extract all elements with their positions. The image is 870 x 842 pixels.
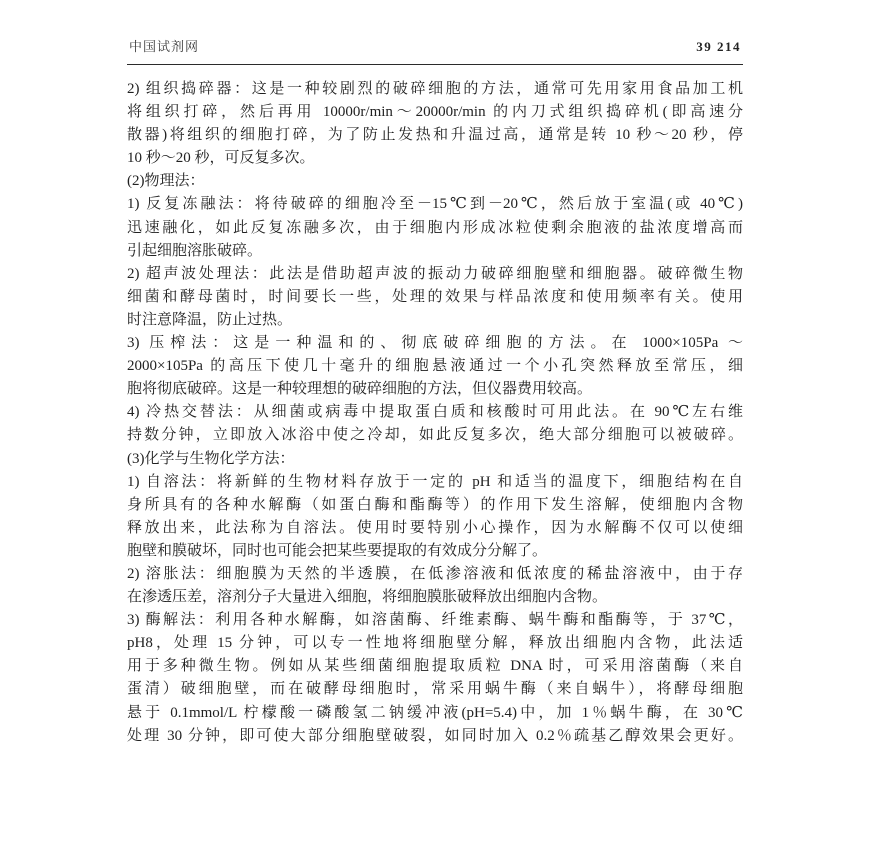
text-line: 3) 压榨法：这是一种温和的、彻底破碎细胞的方法。在 1000×105Pa ～ (127, 332, 743, 355)
text-line: 引起细胞溶胀破碎。 (127, 240, 743, 263)
text-line: 2) 溶胀法：细胞膜为天然的半透膜，在低渗溶液和低浓度的稀盐溶液中，由于存 (127, 563, 743, 586)
text-line: 10 秒～20 秒，可反复多次。 (127, 147, 743, 170)
text-line: 2) 组织捣碎器：这是一种较剧烈的破碎细胞的方法，通常可先用家用食品加工机 (127, 78, 743, 101)
text-line: 时注意降温，防止过热。 (127, 309, 743, 332)
text-line: 身所具有的各种水解酶（如蛋白酶和酯酶等）的作用下发生溶解，使细胞内含物 (127, 494, 743, 517)
text-line: (3)化学与生物化学方法： (127, 448, 743, 471)
text-line: 蛋清）破细胞壁，而在破酵母细胞时，常采用蜗牛酶（来自蜗牛），将酵母细胞 (127, 678, 743, 701)
text-line: 散器)将组织的细胞打碎，为了防止发热和升温过高，通常是转 10 秒～20 秒，停 (127, 124, 743, 147)
text-line: 3) 酶解法：利用各种水解酶，如溶菌酶、纤维素酶、蜗牛酶和酯酶等，于 37℃， (127, 609, 743, 632)
text-line: 释放出来，此法称为自溶法。使用时要特别小心操作，因为水解酶不仅可以使细 (127, 517, 743, 540)
page-inner: 中国试剂网 39 214 2) 组织捣碎器：这是一种较剧烈的破碎细胞的方法，通常… (127, 36, 743, 748)
text-line: 用于多种微生物。例如从某些细菌细胞提取质粒 DNA 时，可采用溶菌酶（来自 (127, 655, 743, 678)
text-line: 4) 冷热交替法：从细菌或病毒中提取蛋白质和核酸时可用此法。在 90℃左右维 (127, 401, 743, 424)
document-page: 中国试剂网 39 214 2) 组织捣碎器：这是一种较剧烈的破碎细胞的方法，通常… (0, 0, 870, 842)
site-name: 中国试剂网 (129, 36, 199, 55)
text-line: 细菌和酵母菌时，时间要长一些，处理的效果与样品浓度和使用频率有关。使用 (127, 286, 743, 309)
text-line: 悬于 0.1mmol/L 柠檬酸一磷酸氢二钠缓冲液(pH=5.4)中，加 1％蜗… (127, 702, 743, 725)
text-line: 1) 自溶法：将新鲜的生物材料存放于一定的 pH 和适当的温度下，细胞结构在自 (127, 471, 743, 494)
text-line: 2000×105Pa 的高压下使几十毫升的细胞悬液通过一个小孔突然释放至常压，细 (127, 355, 743, 378)
text-line: 2) 超声波处理法：此法是借助超声波的振动力破碎细胞壁和细胞器。破碎微生物 (127, 263, 743, 286)
text-line: 将组织打碎，然后再用 10000r/min～20000r/min 的内刀式组织捣… (127, 101, 743, 124)
page-header: 中国试剂网 39 214 (127, 36, 743, 65)
text-line: 迅速融化，如此反复冻融多次，由于细胞内形成冰粒使剩余胞液的盐浓度增高而 (127, 217, 743, 240)
page-number: 39 214 (696, 39, 741, 55)
text-line: (2)物理法： (127, 170, 743, 193)
document-body: 2) 组织捣碎器：这是一种较剧烈的破碎细胞的方法，通常可先用家用食品加工机将组织… (127, 78, 743, 748)
text-line: 在渗透压差，溶剂分子大量进入细胞，将细胞膜胀破释放出细胞内含物。 (127, 586, 743, 609)
text-line: 处理 30 分钟，即可使大部分细胞壁破裂，如同时加入 0.2％疏基乙醇效果会更好… (127, 725, 743, 748)
text-line: 胞将彻底破碎。这是一种较理想的破碎细胞的方法，但仪器费用较高。 (127, 378, 743, 401)
text-line: 胞壁和膜破坏，同时也可能会把某些要提取的有效成分分解了。 (127, 540, 743, 563)
text-line: 1) 反复冻融法：将待破碎的细胞冷至－15℃到－20℃，然后放于室温(或 40℃… (127, 193, 743, 216)
text-line: 持数分钟，立即放入冰浴中使之冷却，如此反复多次，绝大部分细胞可以被破碎。 (127, 424, 743, 447)
text-line: pH8，处理 15 分钟，可以专一性地将细胞壁分解，释放出细胞内含物，此法适 (127, 632, 743, 655)
